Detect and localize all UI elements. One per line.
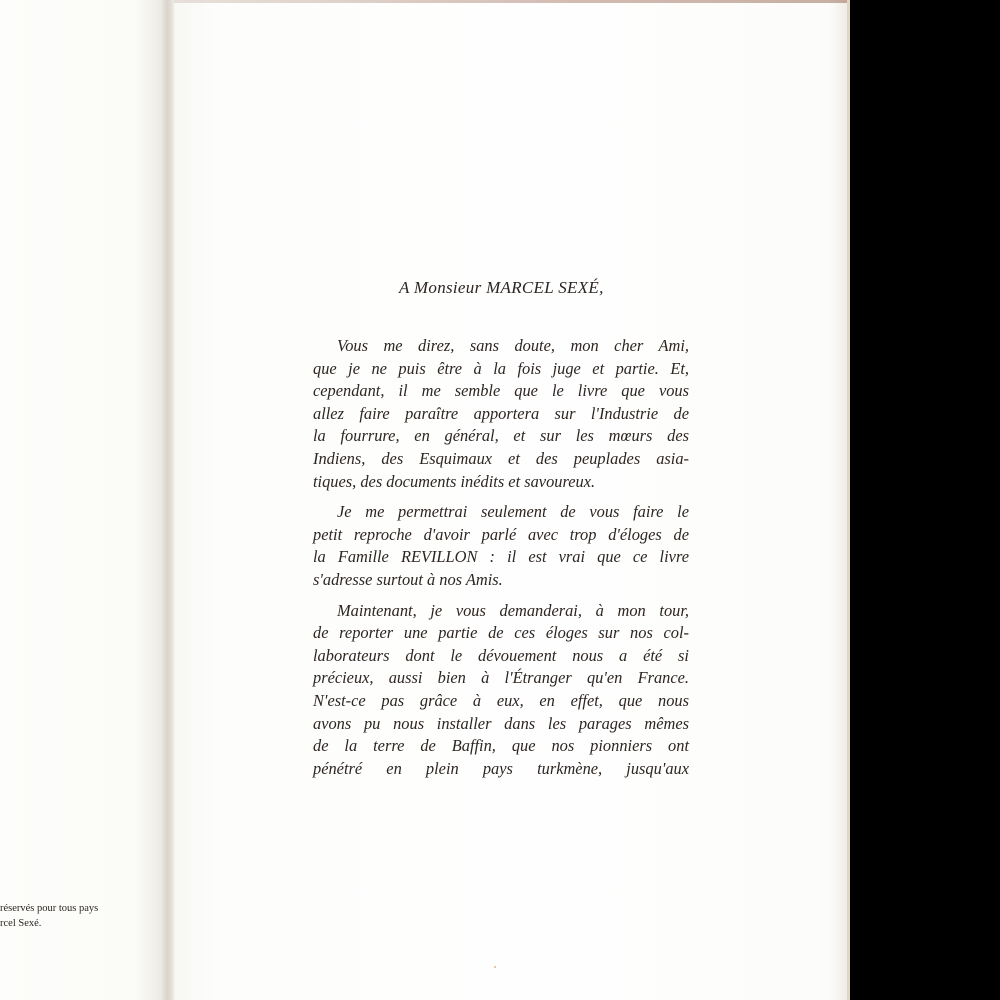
- text-line: s'adresse surtout à nos Amis.: [313, 569, 689, 592]
- left-page: réservés pour tous pays rcel Sexé.: [0, 0, 168, 1000]
- page-right-edge: [847, 0, 850, 1000]
- text-line: N'est-ce pas grâce à eux, en effet, que …: [313, 690, 689, 713]
- text-line: précieux, aussi bien à l'Étranger qu'en …: [313, 667, 689, 690]
- text-line: Je me permettrai seulement de vous faire…: [313, 501, 689, 524]
- salutation-name: MARCEL SEXÉ,: [486, 278, 604, 297]
- paper-fleck: [494, 966, 496, 968]
- text-line: la fourrure, en général, et sur les mœur…: [313, 425, 689, 448]
- text-line: cependant, il me semble que le livre que…: [313, 380, 689, 403]
- text-line: de la terre de Baffin, que nos pionniers…: [313, 735, 689, 758]
- copyright-line-2: rcel Sexé.: [0, 916, 98, 931]
- text-line: petit reproche d'avoir parlé avec trop d…: [313, 524, 689, 547]
- text-line: la Famille REVILLON : il est vrai que ce…: [313, 546, 689, 569]
- text-line: pénétré en plein pays turkmène, jusqu'au…: [313, 758, 689, 781]
- text-line: allez faire paraître apportera sur l'Ind…: [313, 403, 689, 426]
- paragraph-3: Maintenant, je vous demanderai, à mon to…: [313, 600, 689, 781]
- salutation: A Monsieur MARCEL SEXÉ,: [399, 278, 689, 298]
- text-line: avons pu nous installer dans les parages…: [313, 713, 689, 736]
- dedication-letter: A Monsieur MARCEL SEXÉ, Vous me direz, s…: [313, 278, 689, 788]
- text-line: Vous me direz, sans doute, mon cher Ami,: [313, 335, 689, 358]
- text-line: Maintenant, je vous demanderai, à mon to…: [313, 600, 689, 623]
- text-line: laborateurs dont le dévouement nous a ét…: [313, 645, 689, 668]
- text-line: que je ne puis être à la fois juge et pa…: [313, 358, 689, 381]
- salutation-prefix: A Monsieur: [399, 278, 482, 297]
- copyright-line-1: réservés pour tous pays: [0, 901, 98, 916]
- paragraph-2: Je me permettrai seulement de vous faire…: [313, 501, 689, 591]
- page-top-edge: [174, 0, 850, 3]
- text-line: Indiens, des Esquimaux et des peuplades …: [313, 448, 689, 471]
- copyright-notice: réservés pour tous pays rcel Sexé.: [0, 901, 98, 931]
- text-line: tiques, des documents inédits et savoure…: [313, 471, 689, 494]
- paragraph-1: Vous me direz, sans doute, mon cher Ami,…: [313, 335, 689, 493]
- book-spread-scan: réservés pour tous pays rcel Sexé. A Mon…: [0, 0, 1000, 1000]
- text-line: de reporter une partie de ces éloges sur…: [313, 622, 689, 645]
